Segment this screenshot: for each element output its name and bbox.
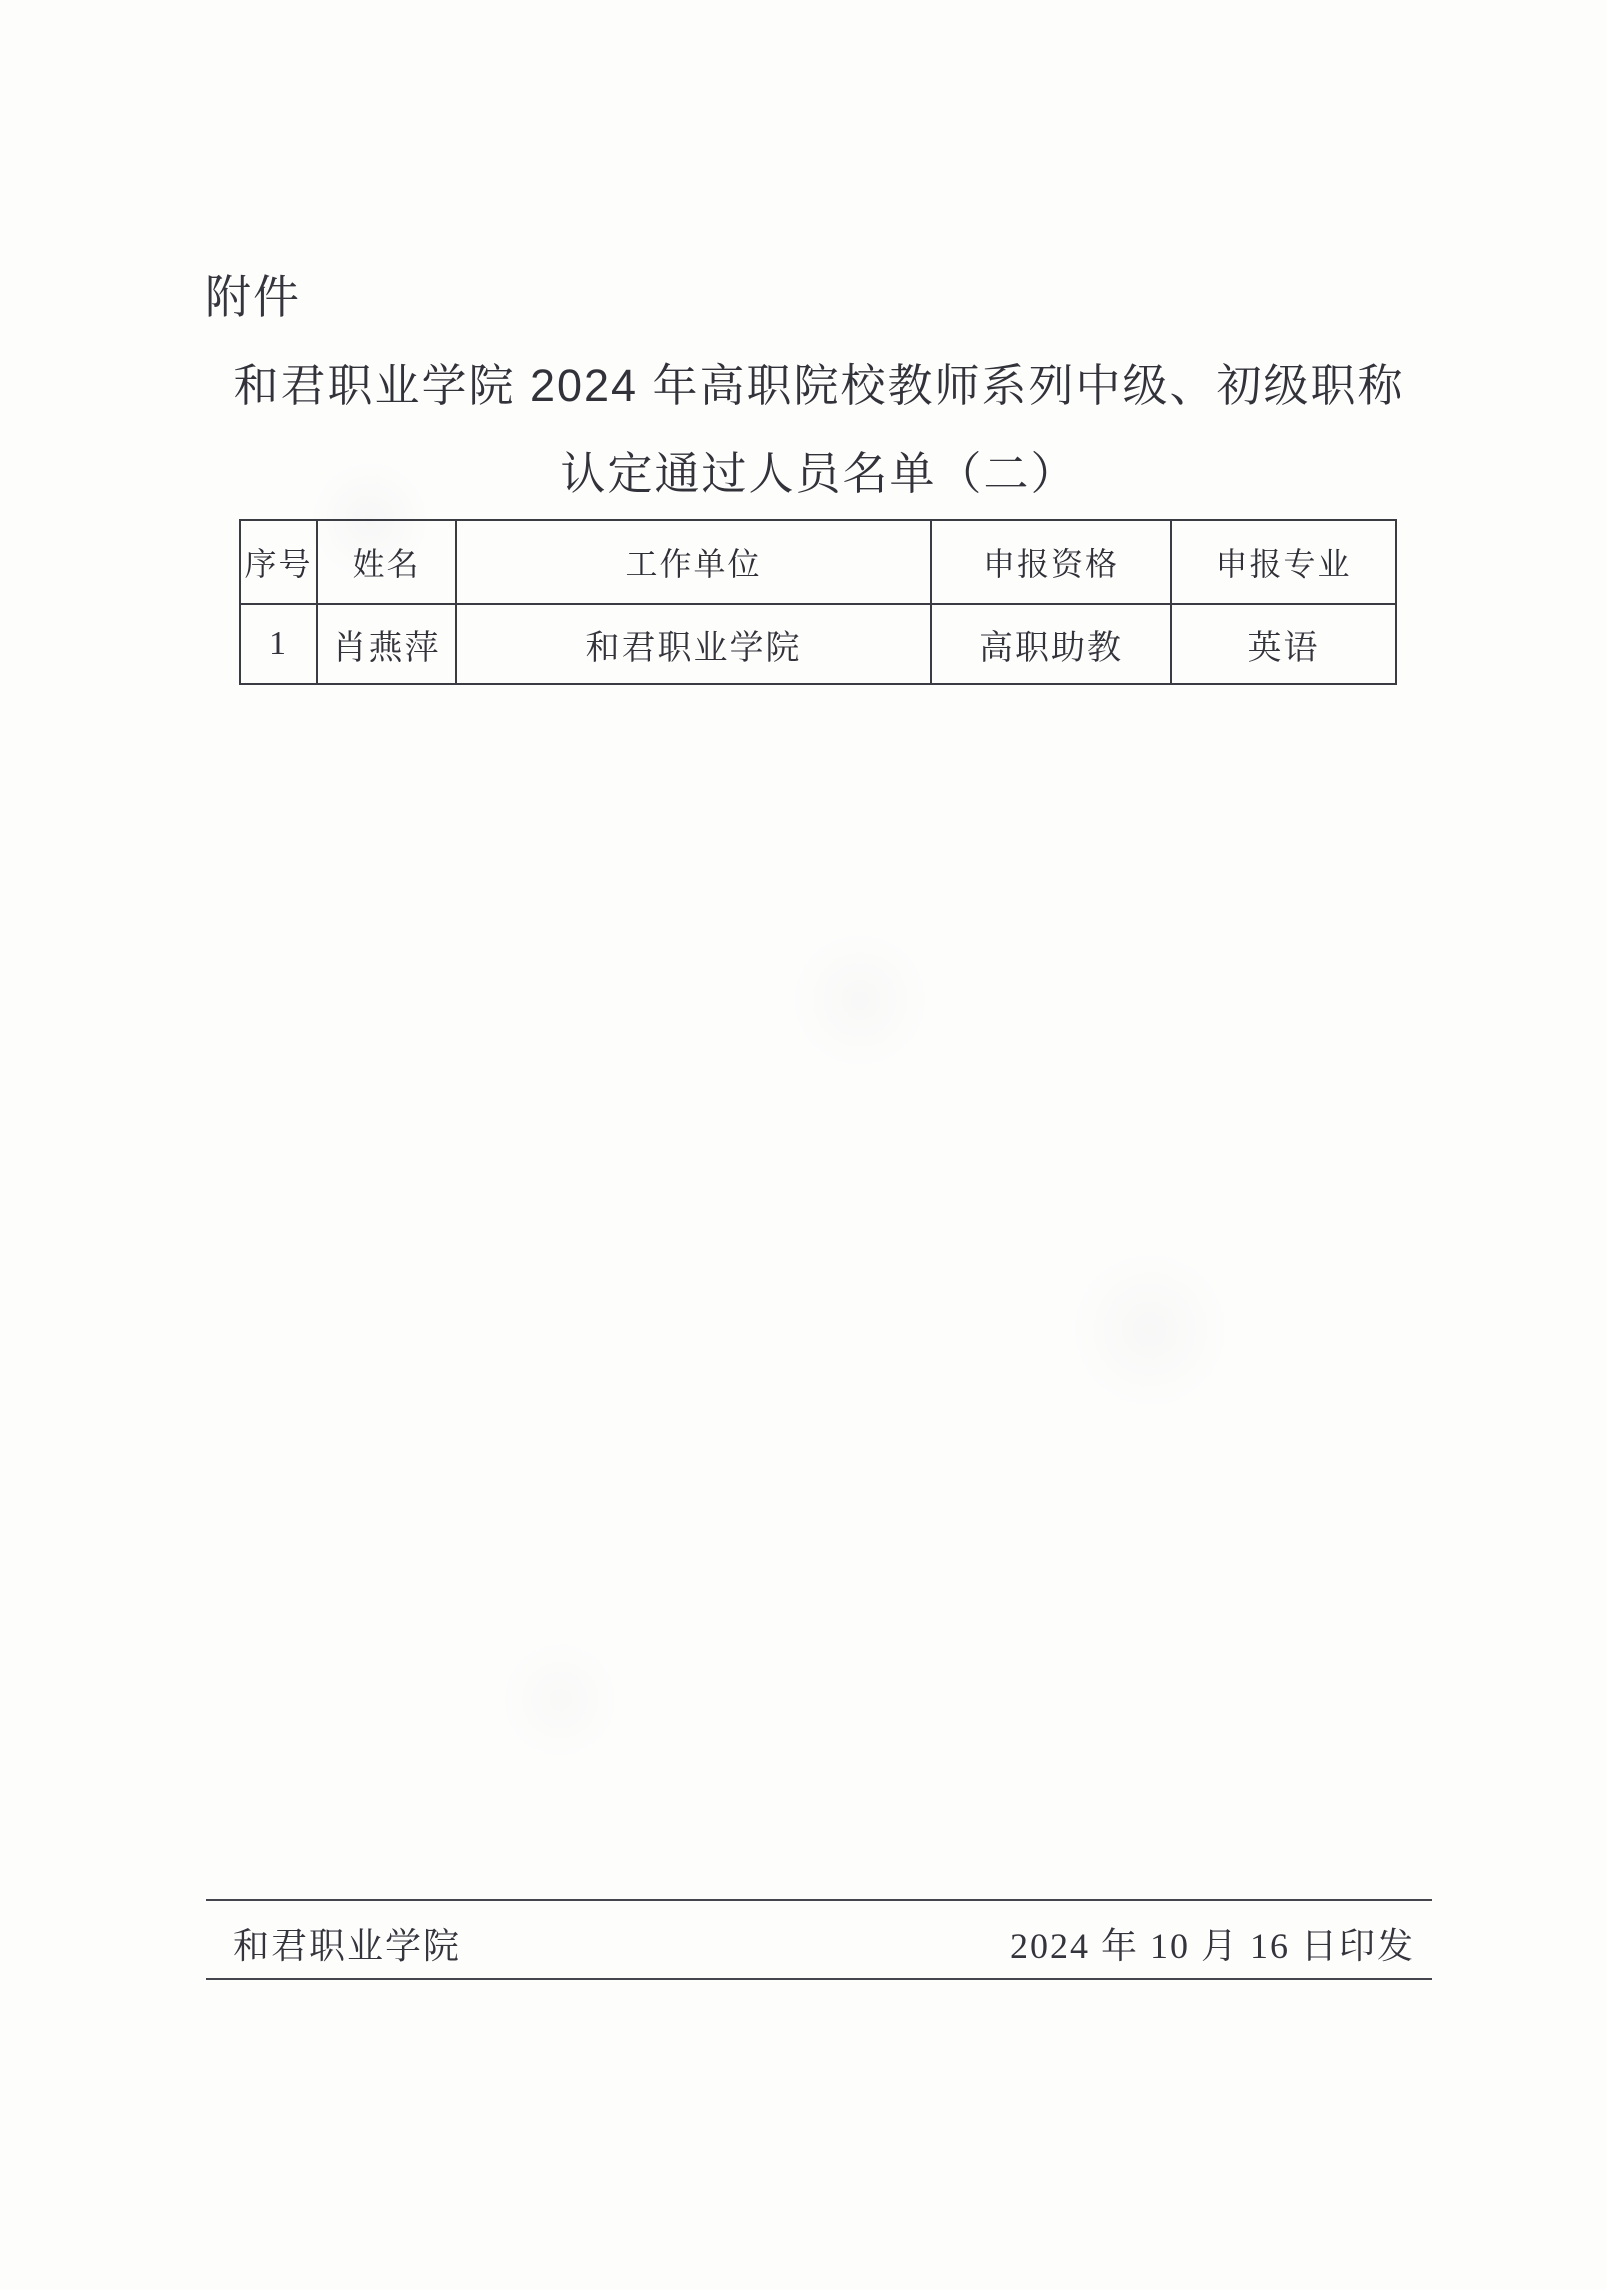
header-cell-seq: 序号	[240, 520, 317, 604]
header-cell-applied-major: 申报专业	[1171, 520, 1396, 604]
document-title-line-2: 认定通过人员名单（二）	[16, 448, 1606, 500]
table-row: 1 肖燕萍 和君职业学院 高职助教 英语	[240, 604, 1396, 684]
attachment-label: 附件	[205, 272, 301, 323]
cell-applied-major: 英语	[1171, 604, 1396, 684]
scanned-document-page: 附件 和君职业学院 2024 年高职院校教师系列中级、初级职称 认定通过人员名单…	[0, 0, 1606, 2290]
cell-applied-qualification: 高职助教	[931, 604, 1171, 684]
header-cell-name: 姓名	[317, 520, 456, 604]
table-header-row: 序号 姓名 工作单位 申报资格 申报专业	[240, 520, 1396, 604]
header-cell-applied-qualification: 申报资格	[931, 520, 1171, 604]
roster-table: 序号 姓名 工作单位 申报资格 申报专业 1 肖燕萍 和君职业学院 高职助教 英…	[239, 519, 1397, 685]
cell-seq: 1	[240, 604, 317, 684]
footer-imprint-block: 和君职业学院 2024 年 10 月 16 日印发	[206, 1899, 1432, 1980]
cell-name: 肖燕萍	[317, 604, 456, 684]
header-cell-work-unit: 工作单位	[456, 520, 931, 604]
footer-issuer: 和君职业学院	[233, 1918, 461, 1969]
footer-print-date: 2024 年 10 月 16 日印发	[1010, 1918, 1415, 1969]
document-title-line-1: 和君职业学院 2024 年高职院校教师系列中级、初级职称	[16, 360, 1606, 412]
cell-work-unit: 和君职业学院	[456, 604, 931, 684]
